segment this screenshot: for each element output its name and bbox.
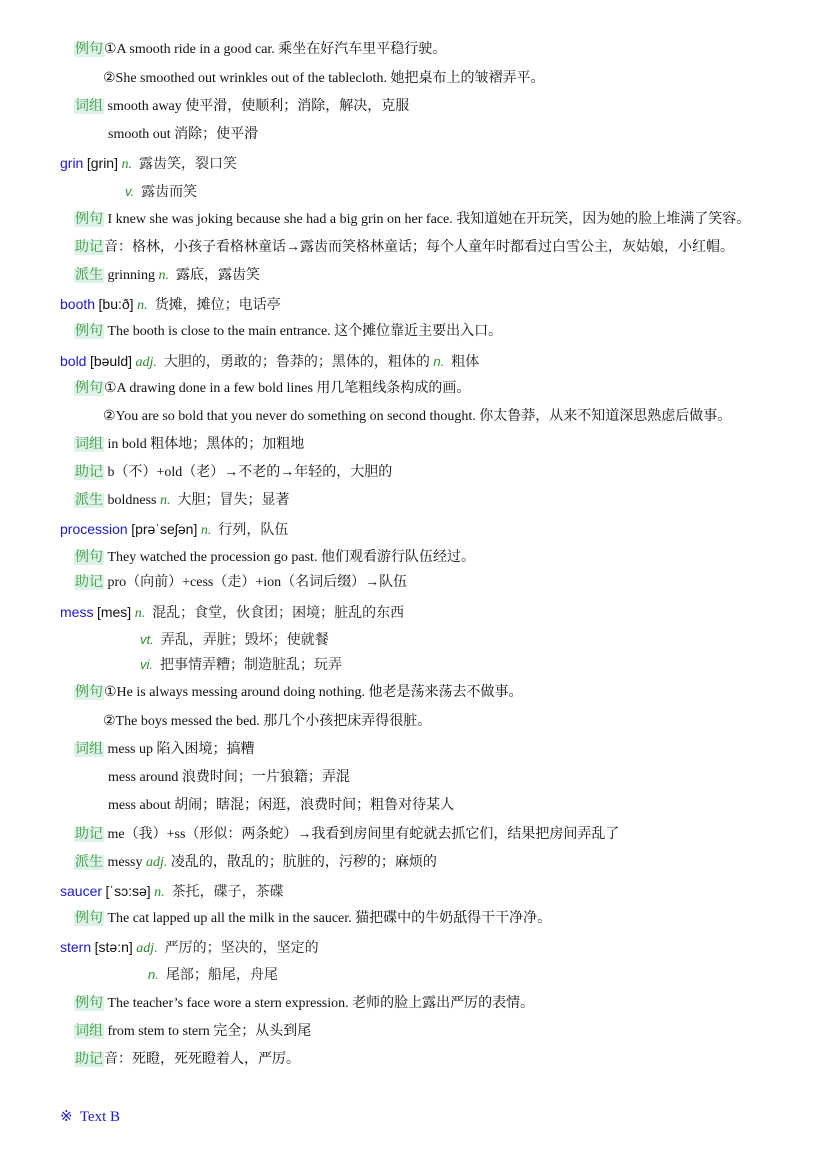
headword: booth <box>60 296 95 312</box>
label-derivative: 派生 <box>74 493 104 508</box>
part-of-speech: n. <box>201 523 212 538</box>
example-line: ②The boys messed the bed. 那几个小孩把床弄得很脏。 <box>103 713 431 731</box>
phrase-line: 词组 from stem to stern 完全；从头到尾 <box>74 1023 311 1041</box>
headword: saucer <box>60 883 102 899</box>
derivative-line: 派生 messy adj. 凌乱的，散乱的；肮脏的，污秽的；麻烦的 <box>74 854 437 872</box>
part-of-speech: n. <box>154 885 165 900</box>
headword-line: saucer [ˈsɔ:sə] n. 茶托，碟子，茶碟 <box>60 882 284 902</box>
label-phrase: 词组 <box>74 99 104 114</box>
label-example: 例句 <box>74 381 104 396</box>
headword: grin <box>60 155 83 171</box>
label-example: 例句 <box>74 212 104 227</box>
headword: stern <box>60 939 91 955</box>
headword-line: mess [mes] n. 混乱；食堂，伙食团；困境；脏乱的东西 <box>60 603 404 623</box>
part-of-speech: v. <box>125 184 134 199</box>
part-of-speech: adj. <box>136 941 157 956</box>
phonetic: [grin] <box>87 155 118 171</box>
phonetic: [ˈsɔ:sə] <box>106 883 151 899</box>
example-line: 例句 I knew she was joking because she had… <box>74 211 750 229</box>
mnemonic-line: 助记 me（我）+ss（形似：两条蛇）→我看到房间里有蛇就去抓它们，结果把房间弄… <box>74 826 619 844</box>
phonetic: [bu:ð] <box>99 296 134 312</box>
example-line: ②She smoothed out wrinkles out of the ta… <box>103 70 544 88</box>
example-line: 例句 They watched the procession go past. … <box>74 549 475 567</box>
label-phrase: 词组 <box>74 742 104 757</box>
phrase-line: mess around 浪费时间；一片狼籍；弄混 <box>108 769 350 787</box>
example-line: 例句 The cat lapped up all the milk in the… <box>74 910 551 928</box>
phrase-line: 词组 mess up 陷入困境；搞糟 <box>74 741 255 759</box>
part-of-speech: n. <box>135 606 146 621</box>
definition: 严厉的；坚决的，坚定的 <box>165 941 319 956</box>
example-line: 例句 The booth is close to the main entran… <box>74 323 502 341</box>
definition-line: vi. 把事情弄糟；制造脏乱；玩弄 <box>140 656 342 675</box>
definition: 尾部；船尾，舟尾 <box>166 968 278 983</box>
part-of-speech: n. <box>121 157 132 172</box>
headword-line: grin [grin] n. 露齿笑，裂口笑 <box>60 154 237 174</box>
label-example: 例句 <box>74 996 104 1011</box>
document-page: 例句①A smooth ride in a good car. 乘坐在好汽车里平… <box>0 0 827 1169</box>
label-example: 例句 <box>74 685 104 700</box>
phonetic: [bəuld] <box>90 353 132 369</box>
definition-line: vt. 弄乱，弄脏；毁坏；使就餐 <box>140 631 329 650</box>
phrase-line: 词组 smooth away 使平滑，使顺利；消除，解决，克服 <box>74 98 409 116</box>
definition-line: v. 露齿而笑 <box>125 183 197 202</box>
mnemonic-line: 助记音：格林，小孩子看格林童话→露齿而笑格林童话；每个人童年时都看过白雪公主，灰… <box>74 239 734 257</box>
part-of-speech: adj. <box>136 355 157 370</box>
headword: mess <box>60 604 93 620</box>
part-of-speech: n. <box>148 967 159 982</box>
label-example: 例句 <box>74 42 104 57</box>
phonetic: [mes] <box>97 604 131 620</box>
definition: 行列，队伍 <box>218 523 288 538</box>
headword-line: booth [bu:ð] n. 货摊，摊位；电话亭 <box>60 295 281 315</box>
definition: 弄乱，弄脏；毁坏；使就餐 <box>161 633 329 648</box>
label-mnemonic: 助记 <box>74 827 104 842</box>
label-example: 例句 <box>74 324 104 339</box>
label-mnemonic: 助记 <box>74 240 104 255</box>
example-line: ②You are so bold that you never do somet… <box>103 408 731 426</box>
headword-line: stern [stə:n] adj. 严厉的；坚决的，坚定的 <box>60 938 319 958</box>
phrase-line: smooth out 消除；使平滑 <box>108 126 258 144</box>
definition: 粗体 <box>451 355 479 370</box>
derivative-line: 派生 boldness n. 大胆；冒失；显著 <box>74 492 290 510</box>
reference-mark-icon: ※ <box>60 1109 73 1125</box>
part-of-speech: n. <box>137 298 148 313</box>
label-mnemonic: 助记 <box>74 575 104 590</box>
label-derivative: 派生 <box>74 855 104 870</box>
definition: 混乱；食堂，伙食团；困境；脏乱的东西 <box>152 606 404 621</box>
example-line: 例句①A drawing done in a few bold lines 用几… <box>74 380 470 398</box>
example-line: 例句①A smooth ride in a good car. 乘坐在好汽车里平… <box>74 41 446 59</box>
label-mnemonic: 助记 <box>74 465 104 480</box>
definition-line: n. 尾部；船尾，舟尾 <box>148 966 278 985</box>
phrase-line: 词组 in bold 粗体地；黑体的；加粗地 <box>74 436 304 454</box>
derivative-line: 派生 grinning n. 露底，露齿笑 <box>74 267 260 285</box>
part-of-speech: vi. <box>140 657 153 672</box>
phonetic: [stə:n] <box>95 939 133 955</box>
definition: 大胆的，勇敢的；鲁莽的；黑体的，粗体的 <box>164 355 430 370</box>
headword: bold <box>60 353 86 369</box>
part-of-speech: vt. <box>140 632 154 647</box>
definition: 茶托，碟子，茶碟 <box>172 885 284 900</box>
section-title: Text B <box>80 1109 120 1125</box>
mnemonic-line: 助记 b（不）+old（老）→不老的→年轻的，大胆的 <box>74 464 392 482</box>
label-example: 例句 <box>74 550 104 565</box>
label-example: 例句 <box>74 911 104 926</box>
definition: 露齿而笑 <box>141 185 197 200</box>
definition: 货摊，摊位；电话亭 <box>155 298 281 313</box>
mnemonic-line: 助记音：死瞪，死死瞪着人，严厉。 <box>74 1051 300 1069</box>
label-phrase: 词组 <box>74 1024 104 1039</box>
phonetic: [prəˈseʃən] <box>131 521 197 537</box>
phrase-line: mess about 胡闹；瞎混；闲逛，浪费时间；粗鲁对待某人 <box>108 797 454 815</box>
definition: 露齿笑，裂口笑 <box>139 157 237 172</box>
headword-line: bold [bəuld] adj. 大胆的，勇敢的；鲁莽的；黑体的，粗体的 n.… <box>60 352 479 372</box>
headword-line: procession [prəˈseʃən] n. 行列，队伍 <box>60 520 288 540</box>
mnemonic-line: 助记 pro（向前）+cess（走）+ion（名词后缀）→队伍 <box>74 574 407 592</box>
part-of-speech: n. <box>433 354 444 369</box>
example-line: 例句①He is always messing around doing not… <box>74 684 523 702</box>
label-phrase: 词组 <box>74 437 104 452</box>
example-line: 例句 The teacher’s face wore a stern expre… <box>74 995 534 1013</box>
headword: procession <box>60 521 128 537</box>
label-derivative: 派生 <box>74 268 104 283</box>
definition: 把事情弄糟；制造脏乱；玩弄 <box>160 658 342 673</box>
label-mnemonic: 助记 <box>74 1052 104 1067</box>
section-heading-text-b: ※ Text B <box>60 1107 120 1126</box>
